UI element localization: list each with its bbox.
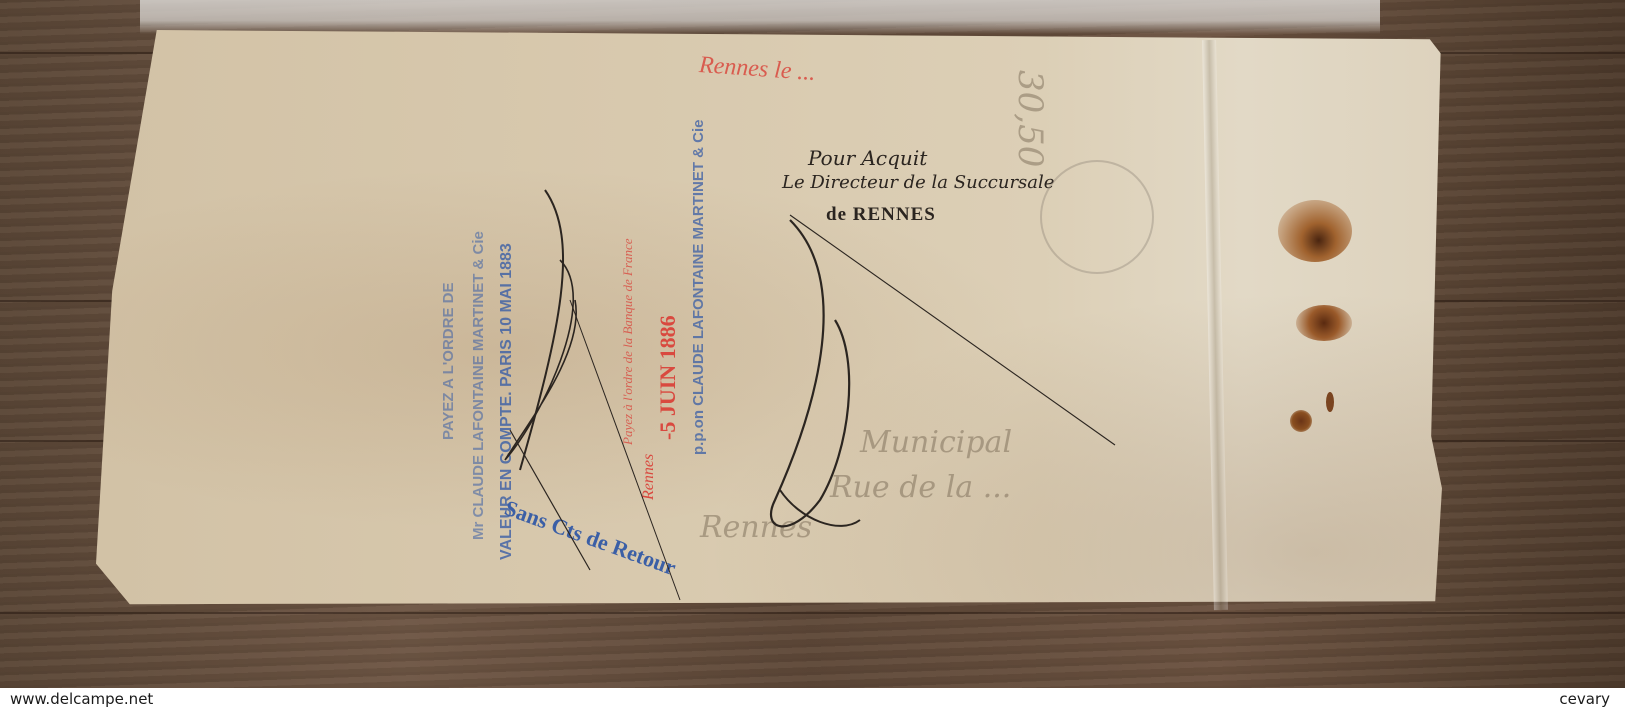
rust-stain <box>1296 305 1352 341</box>
watermark-site: www.delcampe.net <box>10 690 153 708</box>
rust-stain <box>1326 392 1334 412</box>
watermark-bar <box>0 688 1625 723</box>
watermark-seller: cevary <box>1559 690 1610 708</box>
photograph: Rennes le ... 30,50 Municipal Rue de la … <box>0 0 1625 688</box>
rust-stain <box>1278 200 1352 262</box>
faint-postmark-circle <box>1040 160 1154 274</box>
signature-strokes <box>0 0 1625 688</box>
rust-stain <box>1290 410 1312 432</box>
